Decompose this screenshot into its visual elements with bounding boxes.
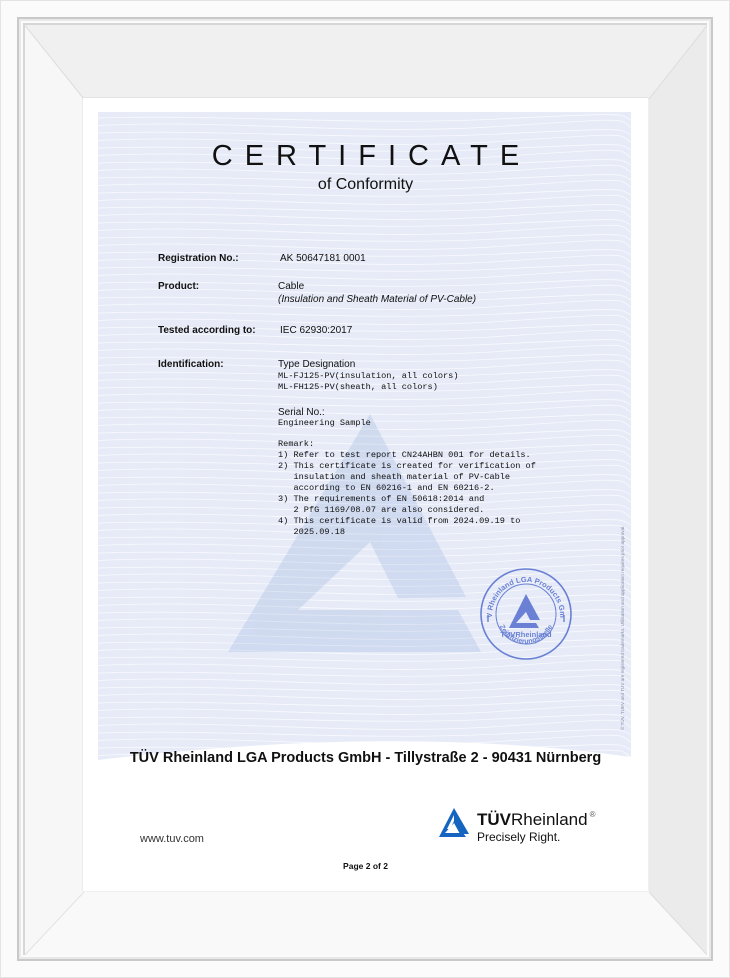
serial-value: Engineering Sample xyxy=(278,418,371,429)
type-designation-1: ML-FJ125-PV(insulation, all colors) xyxy=(278,371,459,382)
registered-mark: ® xyxy=(590,810,596,819)
trademark-note: © TÜV, TUEV and TUV are registered trade… xyxy=(620,470,625,730)
tested-value: IEC 62930:2017 xyxy=(280,325,352,336)
serial-heading: Serial No.: xyxy=(278,407,325,418)
certificate-subtitle: of Conformity xyxy=(83,176,648,194)
type-designation-heading: Type Designation xyxy=(278,359,355,370)
remark-heading: Remark: xyxy=(278,439,314,450)
remark-line-8: 2025.09.18 xyxy=(278,527,345,538)
guilloche-background xyxy=(98,112,631,763)
identification-label: Identification: xyxy=(158,359,224,370)
certification-stamp: TÜV Rheinland LGA Products GmbH Zertifiz… xyxy=(478,566,574,662)
issuer-address: TÜV Rheinland LGA Products GmbH - Tillys… xyxy=(83,750,648,766)
remark-line-7: 4) This certificate is valid from 2024.0… xyxy=(278,516,520,527)
remark-line-3: insulation and sheath material of PV-Cab… xyxy=(278,472,510,483)
tuv-triangle-icon xyxy=(438,807,472,837)
remark-line-6: 2 PfG 1169/08.07 are also considered. xyxy=(278,505,484,516)
logo-regular: Rheinland xyxy=(511,810,588,829)
remark-line-2: 2) This certificate is created for verif… xyxy=(278,461,536,472)
registration-label: Registration No.: xyxy=(158,253,239,264)
logo-bold: TÜV xyxy=(477,810,511,829)
certificate-title: CERTIFICATE xyxy=(83,140,648,173)
website-link[interactable]: www.tuv.com xyxy=(140,833,204,845)
product-label: Product: xyxy=(158,281,199,292)
svg-text:TÜVRheinland: TÜVRheinland xyxy=(500,630,552,639)
logo-wordmark: TÜVRheinland® xyxy=(477,810,595,830)
remark-line-1: 1) Refer to test report CN24AHBN 001 for… xyxy=(278,450,531,461)
registration-value: AK 50647181 0001 xyxy=(280,253,366,264)
certificate-page: CERTIFICATE of Conformity Registration N… xyxy=(83,98,648,891)
product-note: (Insulation and Sheath Material of PV-Ca… xyxy=(278,294,476,305)
logo-tagline: Precisely Right. xyxy=(477,830,560,844)
tuv-rheinland-logo: TÜVRheinland® Precisely Right. xyxy=(438,806,618,846)
type-designation-2: ML-FH125-PV(sheath, all colors) xyxy=(278,382,438,393)
tested-label: Tested according to: xyxy=(158,325,256,336)
product-value: Cable xyxy=(278,281,304,292)
remark-line-4: according to EN 60216-1 and EN 60216-2. xyxy=(278,483,495,494)
remark-line-5: 3) The requirements of EN 50618:2014 and xyxy=(278,494,484,505)
page-number: Page 2 of 2 xyxy=(83,861,648,871)
